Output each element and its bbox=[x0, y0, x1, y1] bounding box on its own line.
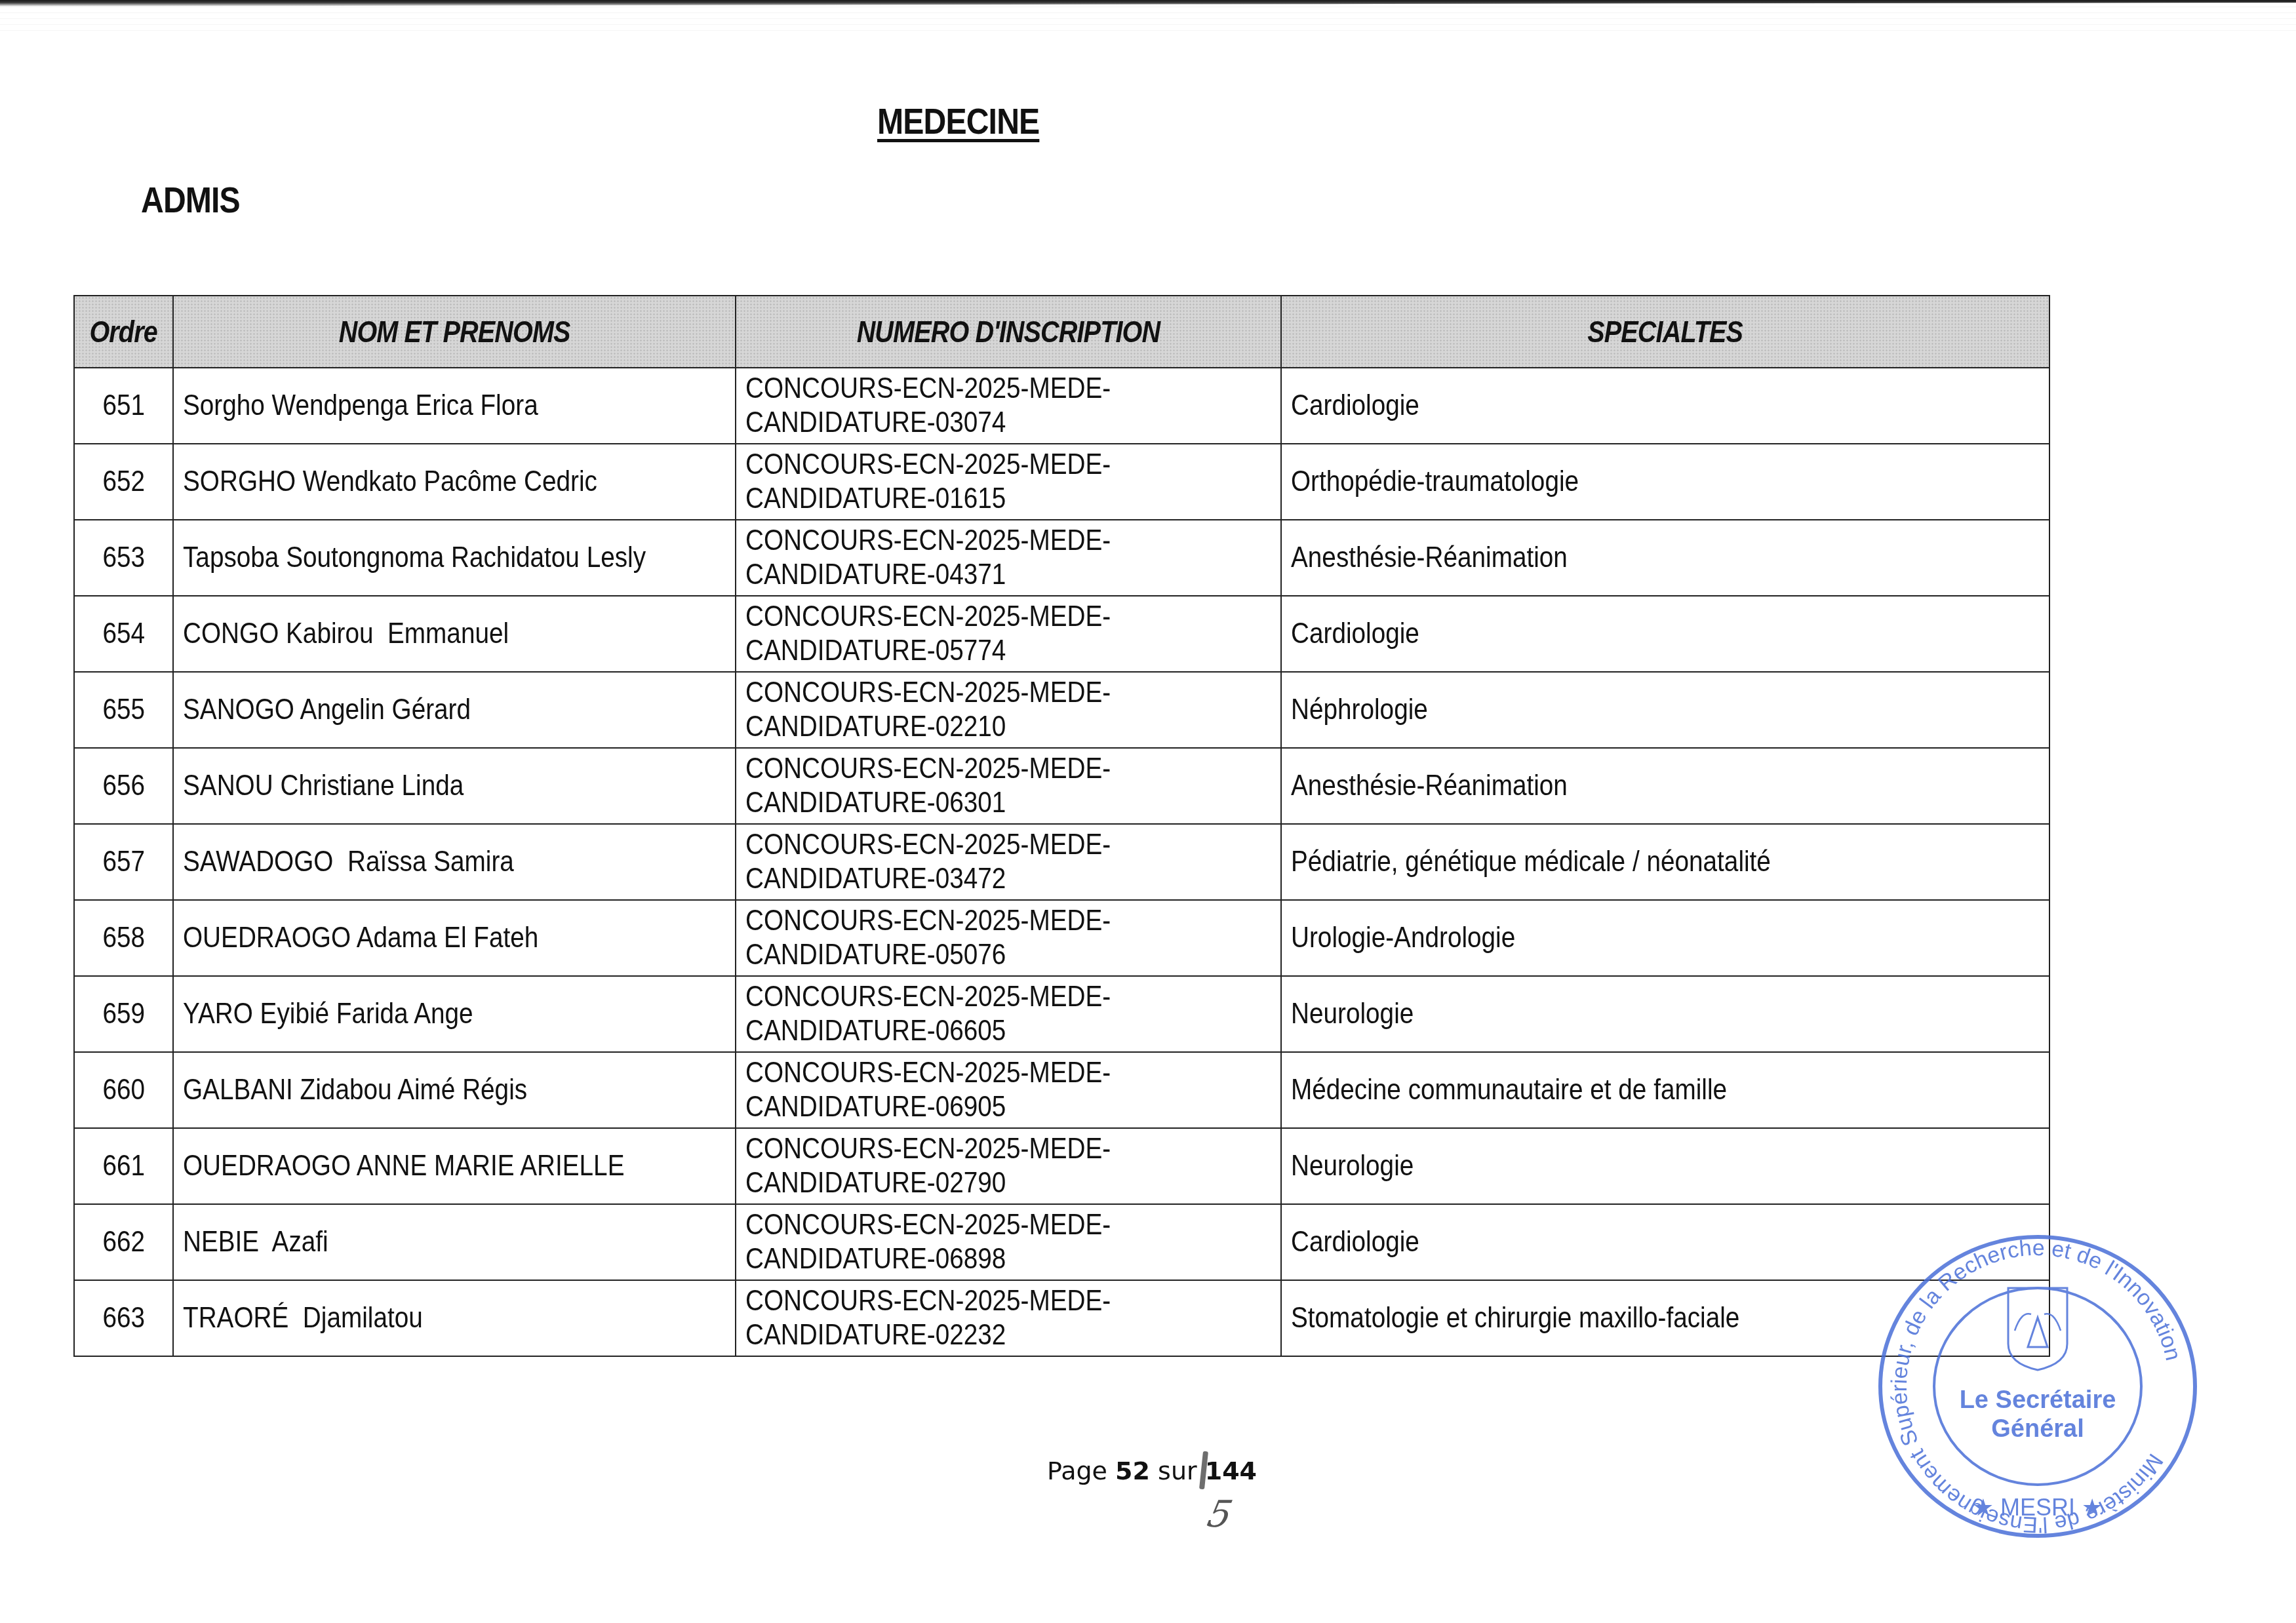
cell-numero: CONCOURS-ECN-2025-MEDE-CANDIDATURE-06898 bbox=[736, 1204, 1281, 1280]
cell-numero: CONCOURS-ECN-2025-MEDE-CANDIDATURE-06605 bbox=[736, 976, 1281, 1052]
registration-number-line2: CANDIDATURE-03074 bbox=[745, 406, 1216, 440]
specialty: Néphrologie bbox=[1291, 693, 1428, 727]
ordre-value: 658 bbox=[102, 921, 145, 955]
specialty: Médecine communautaire et de famille bbox=[1291, 1073, 1727, 1107]
table-row: 653Tapsoba Soutongnoma Rachidatou LeslyC… bbox=[74, 520, 2049, 596]
registration-number-line1: CONCOURS-ECN-2025-MEDE- bbox=[745, 1056, 1216, 1090]
registration-number-line1: CONCOURS-ECN-2025-MEDE- bbox=[745, 600, 1216, 634]
cell-numero: CONCOURS-ECN-2025-MEDE-CANDIDATURE-06905 bbox=[736, 1052, 1281, 1128]
cell-nom: YARO Eyibié Farida Ange bbox=[173, 976, 736, 1052]
specialty: Pédiatrie, génétique médicale / néonatal… bbox=[1291, 845, 1771, 879]
table-row: 654CONGO Kabirou EmmanuelCONCOURS-ECN-20… bbox=[74, 596, 2049, 672]
official-stamp: Ministère de l'Enseignement Supérieur, d… bbox=[1874, 1232, 2202, 1540]
cell-numero: CONCOURS-ECN-2025-MEDE-CANDIDATURE-05774 bbox=[736, 596, 1281, 672]
cell-ordre: 656 bbox=[74, 748, 173, 824]
column-header-nom: NOM ET PRENOMS bbox=[173, 296, 736, 368]
registration-number-line1: CONCOURS-ECN-2025-MEDE- bbox=[745, 828, 1216, 862]
table-row: 658OUEDRAOGO Adama El FatehCONCOURS-ECN-… bbox=[74, 900, 2049, 976]
candidate-name: SANOU Christiane Linda bbox=[183, 769, 464, 803]
ordre-value: 662 bbox=[102, 1225, 145, 1259]
specialty: Cardiologie bbox=[1291, 389, 1419, 423]
cell-specialite: Néphrologie bbox=[1281, 672, 2049, 748]
cell-nom: Tapsoba Soutongnoma Rachidatou Lesly bbox=[173, 520, 736, 596]
candidate-name: TRAORÉ Djamilatou bbox=[183, 1301, 423, 1335]
cell-ordre: 661 bbox=[74, 1128, 173, 1204]
specialty: Anesthésie-Réanimation bbox=[1291, 541, 1568, 575]
ordre-value: 663 bbox=[102, 1301, 145, 1335]
candidate-name: SORGHO Wendkato Pacôme Cedric bbox=[183, 465, 597, 499]
cell-numero: CONCOURS-ECN-2025-MEDE-CANDIDATURE-02210 bbox=[736, 672, 1281, 748]
page-separator: sur bbox=[1158, 1457, 1197, 1485]
page-title: MEDECINE bbox=[877, 100, 1039, 142]
cell-specialite: Cardiologie bbox=[1281, 596, 2049, 672]
cell-numero: CONCOURS-ECN-2025-MEDE-CANDIDATURE-05076 bbox=[736, 900, 1281, 976]
column-header-ordre: Ordre bbox=[74, 296, 173, 368]
star-icon: ★ bbox=[2075, 1494, 2103, 1521]
candidate-name: GALBANI Zidabou Aimé Régis bbox=[183, 1073, 527, 1107]
cell-ordre: 657 bbox=[74, 824, 173, 900]
cell-numero: CONCOURS-ECN-2025-MEDE-CANDIDATURE-02790 bbox=[736, 1128, 1281, 1204]
star-icon: ★ bbox=[1973, 1494, 2000, 1521]
ordre-value: 661 bbox=[102, 1149, 145, 1183]
table-row: 663TRAORÉ DjamilatouCONCOURS-ECN-2025-ME… bbox=[74, 1280, 2049, 1356]
table-row: 656SANOU Christiane LindaCONCOURS-ECN-20… bbox=[74, 748, 2049, 824]
cell-ordre: 658 bbox=[74, 900, 173, 976]
handwritten-correction: 5 bbox=[1204, 1493, 1236, 1536]
specialty: Neurologie bbox=[1291, 997, 1414, 1031]
cell-nom: GALBANI Zidabou Aimé Régis bbox=[173, 1052, 736, 1128]
cell-ordre: 659 bbox=[74, 976, 173, 1052]
coat-of-arms-icon bbox=[2008, 1288, 2067, 1370]
cell-numero: CONCOURS-ECN-2025-MEDE-CANDIDATURE-06301 bbox=[736, 748, 1281, 824]
table-row: 655SANOGO Angelin GérardCONCOURS-ECN-202… bbox=[74, 672, 2049, 748]
page-number: Page 52 sur 144 bbox=[1047, 1457, 1257, 1485]
page-prefix: Page bbox=[1047, 1457, 1107, 1485]
registration-number-line2: CANDIDATURE-03472 bbox=[745, 862, 1216, 896]
registration-number-line2: CANDIDATURE-02790 bbox=[745, 1166, 1216, 1200]
table-header-row: Ordre NOM ET PRENOMS NUMERO D'INSCRIPTIO… bbox=[74, 296, 2049, 368]
cell-nom: SANOGO Angelin Gérard bbox=[173, 672, 736, 748]
cell-ordre: 653 bbox=[74, 520, 173, 596]
table-row: 659YARO Eyibié Farida AngeCONCOURS-ECN-2… bbox=[74, 976, 2049, 1052]
column-header-specialites-label: SPECIALTES bbox=[1588, 314, 1743, 349]
cell-specialite: Médecine communautaire et de famille bbox=[1281, 1052, 2049, 1128]
table-row: 662NEBIE AzafiCONCOURS-ECN-2025-MEDE-CAN… bbox=[74, 1204, 2049, 1280]
cell-ordre: 651 bbox=[74, 368, 173, 444]
cell-specialite: Urologie-Andrologie bbox=[1281, 900, 2049, 976]
registration-number-line1: CONCOURS-ECN-2025-MEDE- bbox=[745, 1284, 1216, 1318]
cell-nom: Sorgho Wendpenga Erica Flora bbox=[173, 368, 736, 444]
registration-number-line1: CONCOURS-ECN-2025-MEDE- bbox=[745, 980, 1216, 1014]
admitted-candidates-table: Ordre NOM ET PRENOMS NUMERO D'INSCRIPTIO… bbox=[73, 295, 2050, 1357]
cell-specialite: Anesthésie-Réanimation bbox=[1281, 520, 2049, 596]
cell-nom: OUEDRAOGO Adama El Fateh bbox=[173, 900, 736, 976]
column-header-nom-label: NOM ET PRENOMS bbox=[339, 314, 570, 349]
specialty: Urologie-Andrologie bbox=[1291, 921, 1515, 955]
registration-number-line1: CONCOURS-ECN-2025-MEDE- bbox=[745, 372, 1216, 406]
specialty: Cardiologie bbox=[1291, 1225, 1419, 1259]
registration-number-line2: CANDIDATURE-06898 bbox=[745, 1242, 1216, 1276]
ordre-value: 657 bbox=[102, 845, 145, 879]
cell-nom: SANOU Christiane Linda bbox=[173, 748, 736, 824]
table-row: 661OUEDRAOGO ANNE MARIE ARIELLECONCOURS-… bbox=[74, 1128, 2049, 1204]
cell-ordre: 654 bbox=[74, 596, 173, 672]
ordre-value: 652 bbox=[102, 465, 145, 499]
cell-numero: CONCOURS-ECN-2025-MEDE-CANDIDATURE-03472 bbox=[736, 824, 1281, 900]
ordre-value: 654 bbox=[102, 617, 145, 651]
cell-specialite: Cardiologie bbox=[1281, 368, 2049, 444]
cell-ordre: 655 bbox=[74, 672, 173, 748]
cell-numero: CONCOURS-ECN-2025-MEDE-CANDIDATURE-01615 bbox=[736, 444, 1281, 520]
registration-number-line1: CONCOURS-ECN-2025-MEDE- bbox=[745, 676, 1216, 710]
ordre-value: 660 bbox=[102, 1073, 145, 1107]
registration-number-line1: CONCOURS-ECN-2025-MEDE- bbox=[745, 524, 1216, 558]
registration-number-line1: CONCOURS-ECN-2025-MEDE- bbox=[745, 448, 1216, 482]
candidate-name: SANOGO Angelin Gérard bbox=[183, 693, 471, 727]
ordre-value: 651 bbox=[102, 389, 145, 423]
table-body: 651Sorgho Wendpenga Erica FloraCONCOURS-… bbox=[74, 368, 2049, 1356]
candidate-name: YARO Eyibié Farida Ange bbox=[183, 997, 473, 1031]
candidate-name: OUEDRAOGO Adama El Fateh bbox=[183, 921, 538, 955]
ordre-value: 653 bbox=[102, 541, 145, 575]
cell-numero: CONCOURS-ECN-2025-MEDE-CANDIDATURE-04371 bbox=[736, 520, 1281, 596]
cell-specialite: Anesthésie-Réanimation bbox=[1281, 748, 2049, 824]
specialty: Neurologie bbox=[1291, 1149, 1414, 1183]
cell-ordre: 660 bbox=[74, 1052, 173, 1128]
ordre-value: 659 bbox=[102, 997, 145, 1031]
page-total: 144 bbox=[1205, 1457, 1257, 1485]
candidate-name: NEBIE Azafi bbox=[183, 1225, 328, 1259]
section-label-admis: ADMIS bbox=[141, 178, 240, 221]
cell-nom: NEBIE Azafi bbox=[173, 1204, 736, 1280]
registration-number-line2: CANDIDATURE-01615 bbox=[745, 482, 1216, 516]
specialty: Orthopédie-traumatologie bbox=[1291, 465, 1579, 499]
cell-specialite: Neurologie bbox=[1281, 1128, 2049, 1204]
registration-number-line2: CANDIDATURE-05076 bbox=[745, 938, 1216, 972]
cell-specialite: Orthopédie-traumatologie bbox=[1281, 444, 2049, 520]
column-header-specialites: SPECIALTES bbox=[1281, 296, 2049, 368]
column-header-ordre-label: Ordre bbox=[90, 314, 157, 349]
scan-edge bbox=[0, 0, 2296, 7]
stamp-bottom-text: ★ MESRI ★ bbox=[1973, 1494, 2103, 1521]
registration-number-line1: CONCOURS-ECN-2025-MEDE- bbox=[745, 904, 1216, 938]
registration-number-line2: CANDIDATURE-04371 bbox=[745, 558, 1216, 592]
table-row: 652SORGHO Wendkato Pacôme CedricCONCOURS… bbox=[74, 444, 2049, 520]
cell-nom: OUEDRAOGO ANNE MARIE ARIELLE bbox=[173, 1128, 736, 1204]
registration-number-line1: CONCOURS-ECN-2025-MEDE- bbox=[745, 752, 1216, 786]
specialty: Anesthésie-Réanimation bbox=[1291, 769, 1568, 803]
registration-number-line2: CANDIDATURE-02232 bbox=[745, 1318, 1216, 1352]
registration-number-line2: CANDIDATURE-06905 bbox=[745, 1090, 1216, 1124]
registration-number-line1: CONCOURS-ECN-2025-MEDE- bbox=[745, 1132, 1216, 1166]
table-row: 657SAWADOGO Raïssa SamiraCONCOURS-ECN-20… bbox=[74, 824, 2049, 900]
cell-nom: SAWADOGO Raïssa Samira bbox=[173, 824, 736, 900]
column-header-numero-label: NUMERO D'INSCRIPTION bbox=[857, 314, 1160, 349]
ordre-value: 656 bbox=[102, 769, 145, 803]
cell-nom: SORGHO Wendkato Pacôme Cedric bbox=[173, 444, 736, 520]
cell-numero: CONCOURS-ECN-2025-MEDE-CANDIDATURE-02232 bbox=[736, 1280, 1281, 1356]
candidate-name: CONGO Kabirou Emmanuel bbox=[183, 617, 509, 651]
cell-ordre: 663 bbox=[74, 1280, 173, 1356]
registration-number-line2: CANDIDATURE-02210 bbox=[745, 710, 1216, 744]
page-current: 52 bbox=[1115, 1457, 1150, 1485]
candidate-name: Tapsoba Soutongnoma Rachidatou Lesly bbox=[183, 541, 646, 575]
ordre-value: 655 bbox=[102, 693, 145, 727]
registration-number-line2: CANDIDATURE-05774 bbox=[745, 634, 1216, 668]
cell-nom: CONGO Kabirou Emmanuel bbox=[173, 596, 736, 672]
table-row: 651Sorgho Wendpenga Erica FloraCONCOURS-… bbox=[74, 368, 2049, 444]
cell-specialite: Pédiatrie, génétique médicale / néonatal… bbox=[1281, 824, 2049, 900]
stamp-title-line2: Général bbox=[1991, 1415, 2084, 1443]
candidate-name: SAWADOGO Raïssa Samira bbox=[183, 845, 514, 879]
stamp-title-line1: Le Secrétaire bbox=[1960, 1386, 2116, 1414]
candidate-name: Sorgho Wendpenga Erica Flora bbox=[183, 389, 538, 423]
registration-number-line2: CANDIDATURE-06301 bbox=[745, 786, 1216, 820]
cell-ordre: 652 bbox=[74, 444, 173, 520]
specialty: Stomatologie et chirurgie maxillo-facial… bbox=[1291, 1301, 1739, 1335]
cell-ordre: 662 bbox=[74, 1204, 173, 1280]
cell-specialite: Neurologie bbox=[1281, 976, 2049, 1052]
column-header-numero: NUMERO D'INSCRIPTION bbox=[736, 296, 1281, 368]
cell-nom: TRAORÉ Djamilatou bbox=[173, 1280, 736, 1356]
candidate-name: OUEDRAOGO ANNE MARIE ARIELLE bbox=[183, 1149, 624, 1183]
scan-noise bbox=[0, 7, 2296, 33]
registration-number-line2: CANDIDATURE-06605 bbox=[745, 1014, 1216, 1048]
specialty: Cardiologie bbox=[1291, 617, 1419, 651]
table-row: 660GALBANI Zidabou Aimé RégisCONCOURS-EC… bbox=[74, 1052, 2049, 1128]
cell-numero: CONCOURS-ECN-2025-MEDE-CANDIDATURE-03074 bbox=[736, 368, 1281, 444]
registration-number-line1: CONCOURS-ECN-2025-MEDE- bbox=[745, 1208, 1216, 1242]
